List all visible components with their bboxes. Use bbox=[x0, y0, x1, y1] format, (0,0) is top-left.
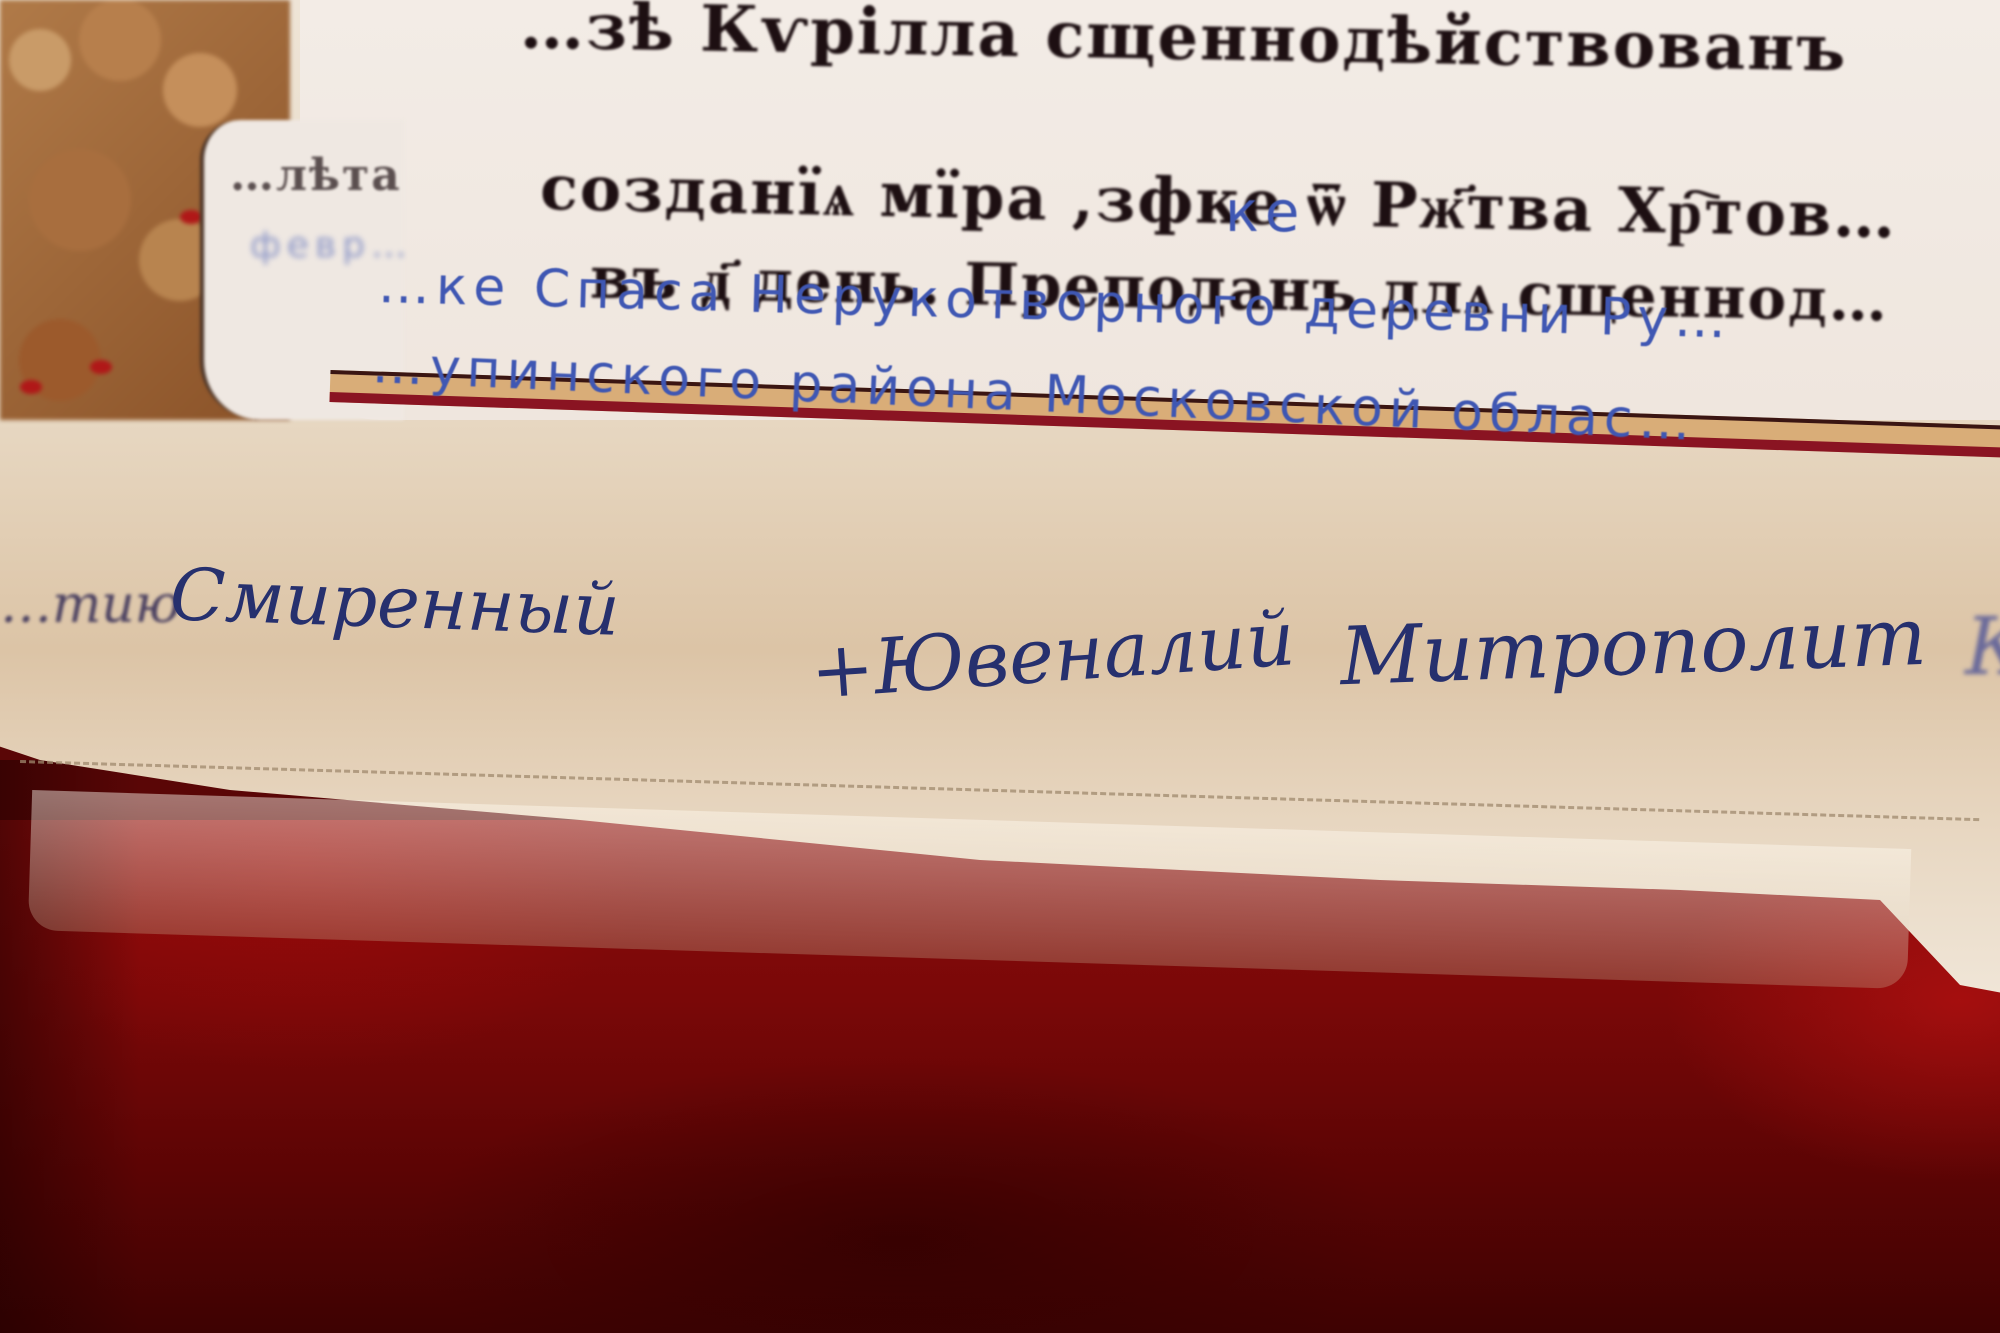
red-ornament-dot bbox=[90, 360, 112, 374]
red-ornament-dot bbox=[20, 380, 42, 394]
signature-humble: Смиренный bbox=[169, 552, 621, 652]
photo-scene: …зѣ Кѵрілла сщеннодѣйствованъ созданїѧ м… bbox=[0, 0, 2000, 1333]
printed-left-fragment: …лѣта bbox=[230, 150, 402, 201]
signature-left-fragment: …тию bbox=[0, 575, 181, 635]
signature-right-fragment: К… bbox=[1965, 600, 2000, 693]
handwritten-left-fragment: февр… bbox=[250, 225, 413, 266]
red-ornament-dot bbox=[180, 210, 202, 224]
handwritten-year-fill: ке bbox=[1225, 180, 1305, 245]
